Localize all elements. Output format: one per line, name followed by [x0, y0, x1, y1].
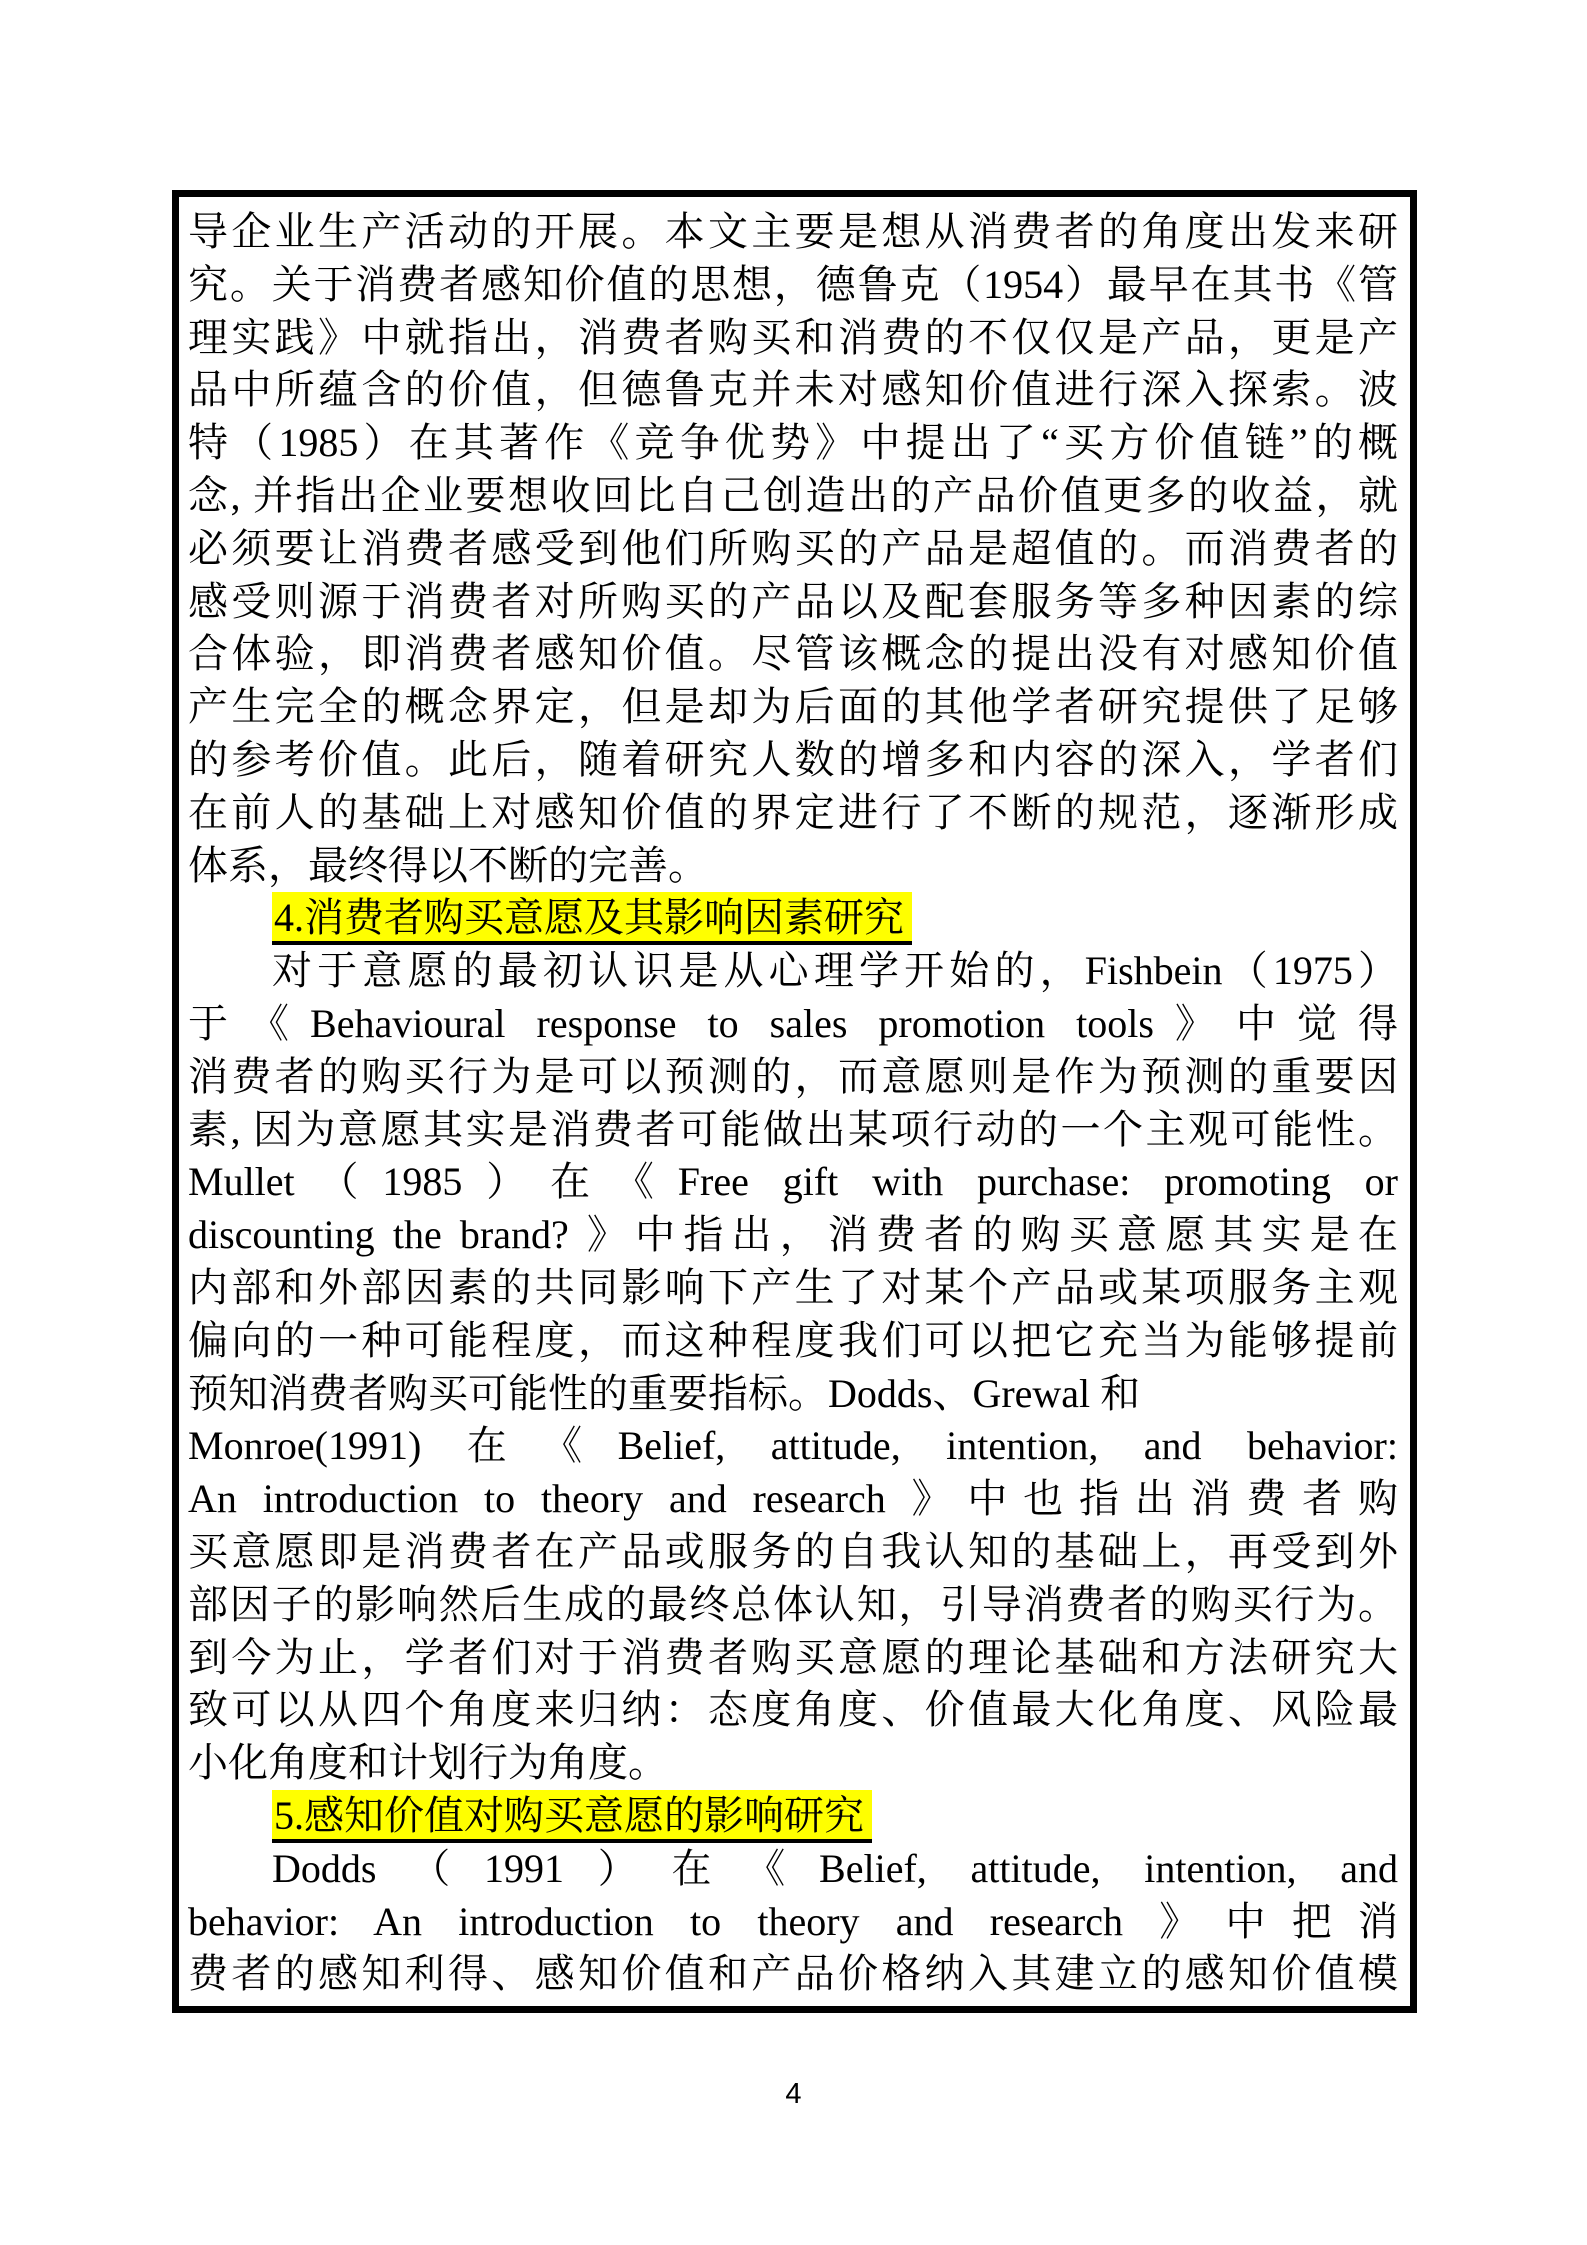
text-line: 预知消费者购买可能性的重要指标。Dodds、Grewal 和 — [188, 1368, 1398, 1421]
text-line: 究。关于消费者感知价值的思想，德鲁克（1954）最早在其书《管 — [188, 259, 1398, 312]
text-line: 感受则源于消费者对所购买的产品以及配套服务等多种因素的综 — [188, 576, 1398, 629]
text-line: 念, 并指出企业要想收回比自己创造出的产品价值更多的收益，就 — [188, 470, 1398, 523]
text-line: 部因子的影响然后生成的最终总体认知，引导消费者的购买行为。 — [188, 1579, 1398, 1632]
text-line: Monroe(1991) 在《Belief, attitude, intenti… — [188, 1420, 1398, 1473]
heading-highlight: 5.感知价值对购买意愿的影响研究 — [272, 1790, 872, 1843]
text-line: 产生完全的概念界定，但是却为后面的其他学者研究提供了足够 — [188, 681, 1398, 734]
highlighted-heading: 5.感知价值对购买意愿的影响研究 — [188, 1790, 1398, 1843]
document-lines: 导企业生产活动的开展。本文主要是想从消费者的角度出发来研究。关于消费者感知价值的… — [188, 206, 1398, 2001]
page-number: 4 — [0, 2078, 1587, 2111]
text-line: discounting the brand? 》中指出，消费者的购买意愿其实是在 — [188, 1209, 1398, 1262]
text-line: Mullet（1985）在《Free gift with purchase: p… — [188, 1156, 1398, 1209]
text-line: 的参考价值。此后，随着研究人数的增多和内容的深入，学者们 — [188, 734, 1398, 787]
text-line: Dodds（1991）在《Belief, attitude, intention… — [188, 1843, 1398, 1896]
text-line: 素, 因为意愿其实是消费者可能做出某项行动的一个主观可能性。 — [188, 1104, 1398, 1157]
heading-highlight: 4.消费者购买意愿及其影响因素研究 — [272, 892, 912, 945]
text-line: 合体验，即消费者感知价值。尽管该概念的提出没有对感知价值 — [188, 628, 1398, 681]
text-line: 在前人的基础上对感知价值的界定进行了不断的规范，逐渐形成 — [188, 787, 1398, 840]
text-line: 致可以从四个角度来归纳：态度角度、价值最大化角度、风险最 — [188, 1684, 1398, 1737]
text-line: 品中所蕴含的价值，但德鲁克并未对感知价值进行深入探索。波 — [188, 364, 1398, 417]
text-line: 理实践》中就指出，消费者购买和消费的不仅仅是产品，更是产 — [188, 312, 1398, 365]
highlighted-heading: 4.消费者购买意愿及其影响因素研究 — [188, 892, 1398, 945]
text-line: 小化角度和计划行为角度。 — [188, 1737, 1398, 1790]
text-line: 内部和外部因素的共同影响下产生了对某个产品或某项服务主观 — [188, 1262, 1398, 1315]
text-line: 导企业生产活动的开展。本文主要是想从消费者的角度出发来研 — [188, 206, 1398, 259]
text-line: 买意愿即是消费者在产品或服务的自我认知的基础上，再受到外 — [188, 1526, 1398, 1579]
text-line: 对于意愿的最初认识是从心理学开始的，Fishbein（1975） — [188, 945, 1398, 998]
text-line: 特（1985）在其著作《竞争优势》中提出了“买方价值链”的概 — [188, 417, 1398, 470]
text-line: 到今为止，学者们对于消费者购买意愿的理论基础和方法研究大 — [188, 1632, 1398, 1685]
text-line: 必须要让消费者感受到他们所购买的产品是超值的。而消费者的 — [188, 523, 1398, 576]
page-container: { "page": { "number": "4" }, "colors": {… — [0, 0, 1587, 2245]
text-line: 于《Behavioural response to sales promotio… — [188, 998, 1398, 1051]
text-line: 费者的感知利得、感知价值和产品价格纳入其建立的感知价值模 — [188, 1948, 1398, 2001]
text-line: 偏向的一种可能程度，而这种程度我们可以把它充当为能够提前 — [188, 1315, 1398, 1368]
text-line: An introduction to theory and research 》… — [188, 1473, 1398, 1526]
text-line: behavior: An introduction to theory and … — [188, 1896, 1398, 1949]
text-line: 消费者的购买行为是可以预测的，而意愿则是作为预测的重要因 — [188, 1051, 1398, 1104]
text-line: 体系，最终得以不断的完善。 — [188, 840, 1398, 893]
text-border-box: 导企业生产活动的开展。本文主要是想从消费者的角度出发来研究。关于消费者感知价值的… — [172, 190, 1417, 2013]
